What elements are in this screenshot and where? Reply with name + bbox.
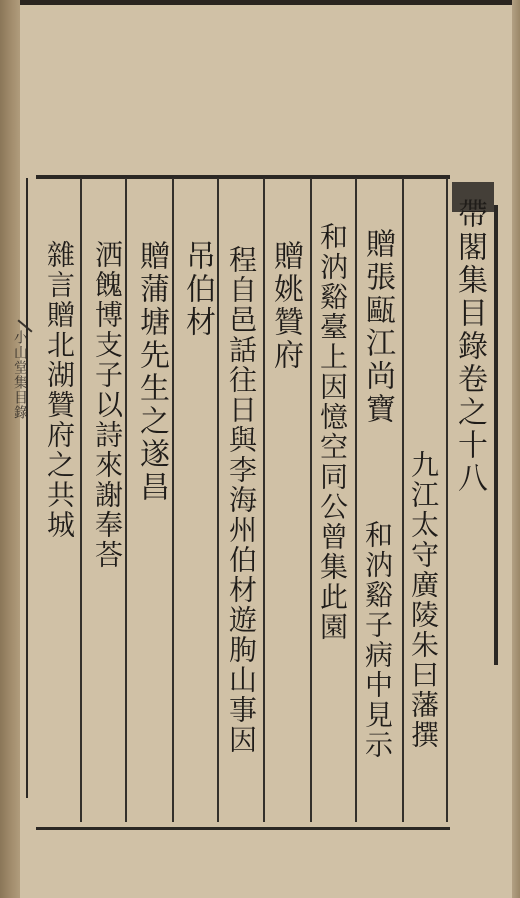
toc-entry: 和汭谿子病中見示 (360, 520, 394, 760)
author-line: 九江太守廣陵朱曰藩撰 (406, 450, 440, 750)
column-rule (402, 178, 404, 822)
toc-entry: 和汭谿臺上因憶空同公曾集此園 (315, 222, 349, 642)
column-rule (217, 178, 219, 822)
book-spine (0, 0, 20, 898)
column-rule (446, 178, 448, 822)
toc-entry: 洒餽博支子以詩來謝奉荅 (90, 240, 124, 570)
column-rule (172, 178, 174, 822)
frame-right-border (494, 205, 498, 665)
toc-entry: 贈張甌江尚寶 (360, 228, 394, 426)
toc-entry-continuation: 吊伯材 (180, 240, 214, 339)
volume-title: 帶閣集目錄卷之十八 (452, 198, 486, 495)
page-right-edge (512, 0, 520, 898)
frame-left-border (26, 178, 28, 798)
column-rule (263, 178, 265, 822)
column-rule (125, 178, 127, 822)
column-rule (310, 178, 312, 822)
column-rule (80, 178, 82, 822)
toc-entry: 雜言贈北湖贊府之共城 (42, 240, 76, 540)
toc-entry: 贈姚贊府 (268, 240, 302, 372)
toc-entry: 贈蒲塘先生之遂昌 (134, 240, 168, 504)
column-rule (355, 178, 357, 822)
toc-entry: 程自邑話往日與李海州伯材遊朐山事因 (224, 245, 258, 755)
